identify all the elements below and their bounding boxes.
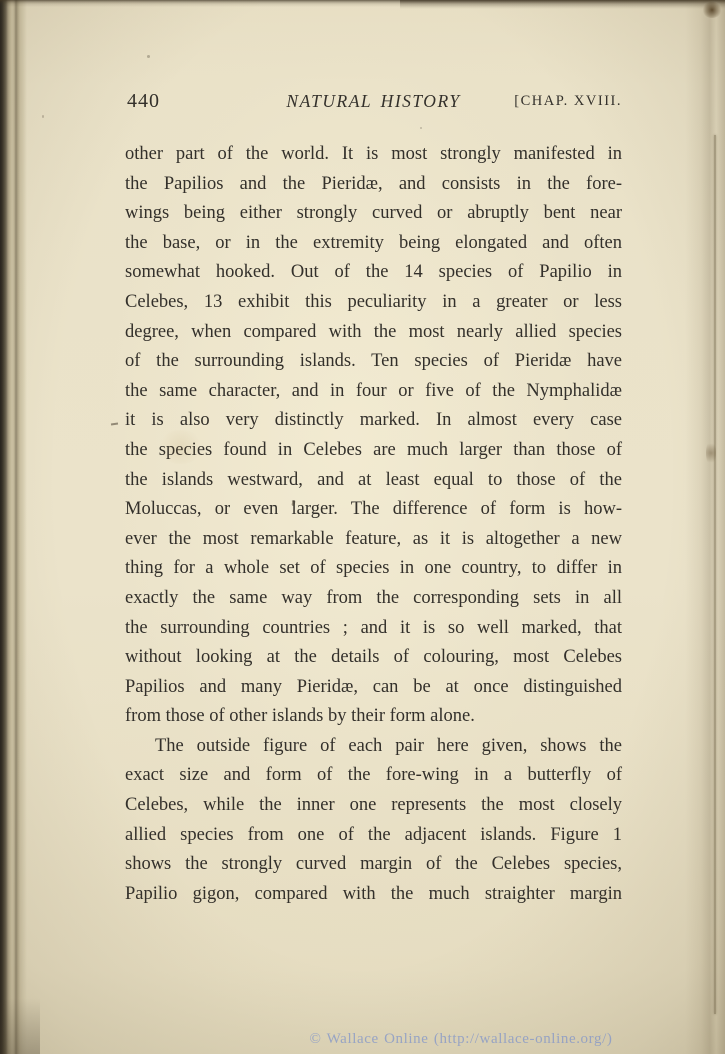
chapter-reference: [CHAP. XVIII.	[514, 93, 622, 110]
text-line: Celebes, while the inner one represents …	[125, 791, 622, 821]
binding-shadow	[0, 984, 40, 1054]
text-line: it is also very distinctly marked. In al…	[125, 406, 622, 436]
print-speck	[420, 127, 422, 129]
text-line: Celebes, 13 exhibit this peculiarity in …	[125, 288, 622, 318]
text-line: shows the strongly curved margin of the …	[125, 850, 622, 880]
paper-stain	[158, 430, 204, 464]
body-text: other part of the world. It is most stro…	[125, 140, 622, 909]
text-line: the islands westward, and at least equal…	[125, 466, 622, 496]
page-fold-line	[714, 135, 716, 1014]
text-line: wings being either strongly curved or ab…	[125, 199, 622, 229]
page-fold-shading	[685, 0, 725, 1054]
text-line: the surrounding countries ; and it is so…	[125, 614, 622, 644]
print-artifact-dash	[111, 423, 118, 426]
text-line: Papilios and many Pieridæ, can be at onc…	[125, 673, 622, 703]
text-line: other part of the world. It is most stro…	[125, 140, 622, 170]
text-line: exactly the same way from the correspond…	[125, 584, 622, 614]
text-line: allied species from one of the adjacent …	[125, 821, 622, 851]
ink-smudge	[706, 440, 716, 466]
text-line: Papilio gigon, compared with the much st…	[125, 880, 622, 910]
text-line: ever the most remarkable feature, as it …	[125, 525, 622, 555]
text-line: the Papilios and the Pieridæ, and consis…	[125, 170, 622, 200]
text-line: the base, or in the extremity being elon…	[125, 229, 622, 259]
text-line: from those of other islands by their for…	[125, 702, 622, 732]
text-line: The outside figure of each pair here giv…	[125, 732, 622, 762]
text-line: exact size and form of the fore-wing in …	[125, 761, 622, 791]
print-speck	[42, 115, 44, 118]
page-top-edge-wear	[400, 0, 725, 9]
text-line: Moluccas, or even larger. The difference…	[125, 495, 622, 525]
watermark: © Wallace Online (http://wallace-online.…	[310, 1031, 613, 1048]
page-scan: 440 NATURAL HISTORY [CHAP. XVIII. other …	[0, 0, 725, 1054]
text-line: somewhat hooked. Out of the 14 species o…	[125, 258, 622, 288]
book-binding-edge	[0, 0, 27, 1054]
text-line: thing for a whole set of species in one …	[125, 554, 622, 584]
text-line: the same character, and in four or five …	[125, 377, 622, 407]
text-line: of the surrounding islands. Ten species …	[125, 347, 622, 377]
text-line: without looking at the details of colour…	[125, 643, 622, 673]
page-header: 440 NATURAL HISTORY [CHAP. XVIII.	[125, 90, 622, 116]
print-speck	[147, 55, 150, 58]
text-line: degree, when compared with the most near…	[125, 318, 622, 348]
ink-smudge	[702, 2, 722, 18]
